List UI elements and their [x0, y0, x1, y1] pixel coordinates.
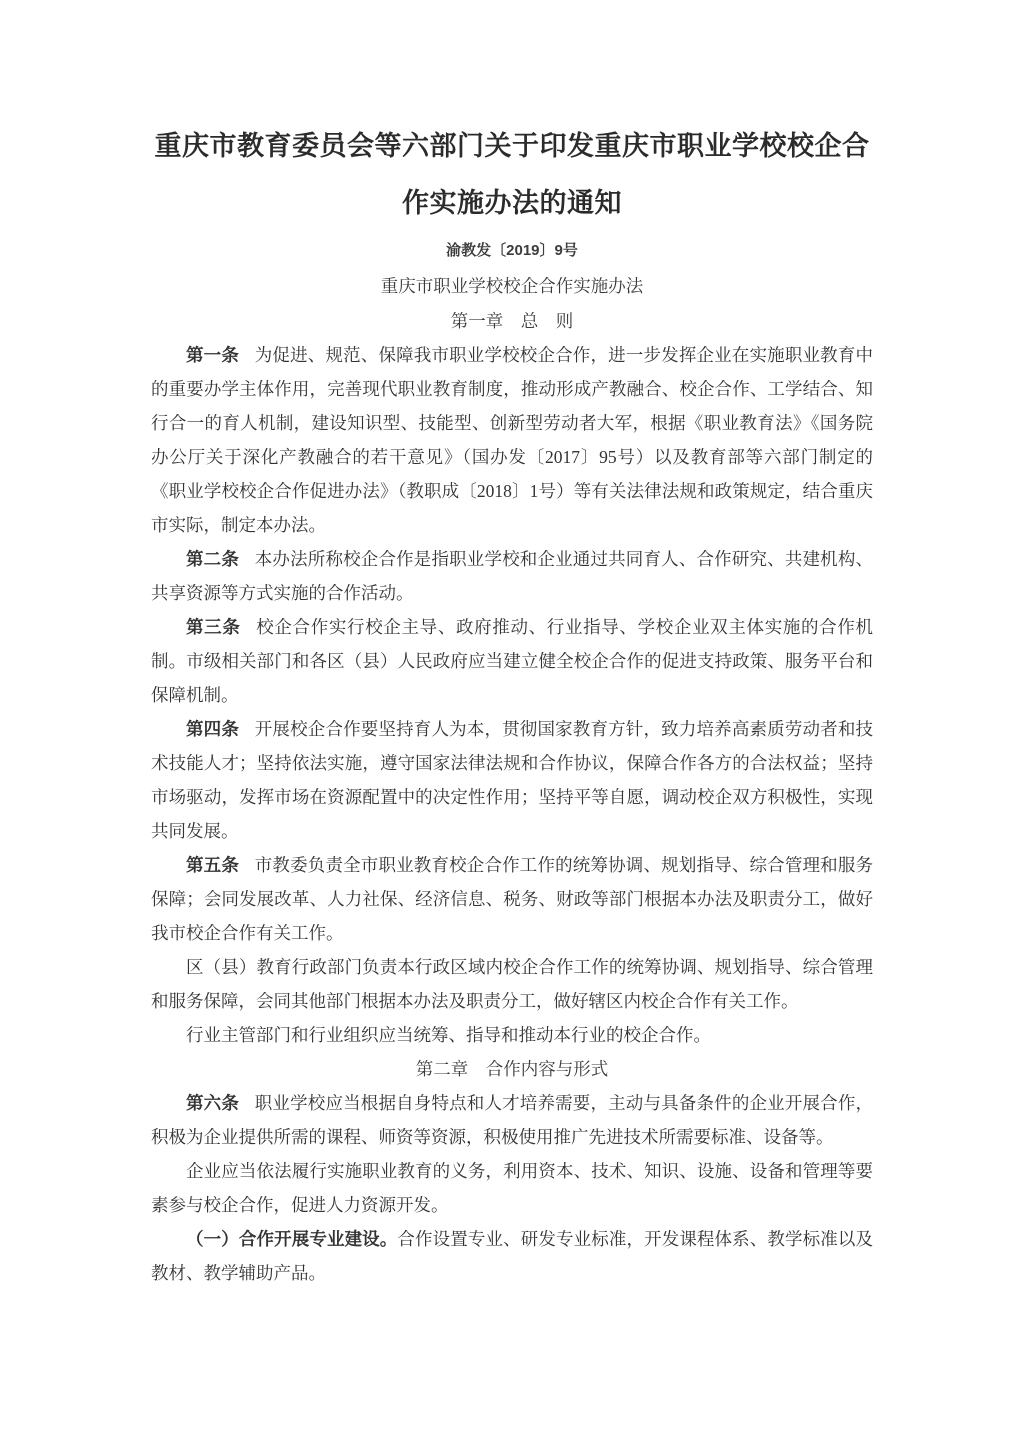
document-page: 重庆市教育委员会等六部门关于印发重庆市职业学校校企合作实施办法的通知 渝教发〔2…	[151, 0, 873, 1290]
article-paragraph-6: 第六条职业学校应当根据自身特点和人才培养需要，主动与具备条件的企业开展合作，积极…	[151, 1086, 873, 1154]
article-number: 第三条	[186, 617, 240, 637]
article-paragraph-5: 第五条市教委负责全市职业教育校企合作工作的统筹协调、规划指导、综合管理和服务保障…	[151, 848, 873, 950]
article-paragraph-4: 第四条开展校企合作要坚持育人为本，贯彻国家教育方针，致力培养高素质劳动者和技术技…	[151, 712, 873, 848]
article-paragraph-3: 第三条校企合作实行校企主导、政府推动、行业指导、学校企业双主体实施的合作机制。市…	[151, 610, 873, 712]
article-text: 开展校企合作要坚持育人为本，贯彻国家教育方针，致力培养高素质劳动者和技术技能人才…	[151, 719, 873, 841]
article-paragraph-2: 第二条本办法所称校企合作是指职业学校和企业通过共同育人、合作研究、共建机构、共享…	[151, 542, 873, 610]
article-text: 市教委负责全市职业教育校企合作工作的统筹协调、规划指导、综合管理和服务保障；会同…	[151, 855, 873, 943]
document-number: 渝教发〔2019〕9号	[151, 240, 873, 262]
chapter-heading-text: 第一章 总 则	[451, 311, 574, 331]
document-body: 第一章 总 则 第一条为促进、规范、保障我市职业学校校企合作，进一步发挥企业在实…	[151, 304, 873, 1290]
document-subtitle: 重庆市职业学校校企合作实施办法	[151, 273, 873, 299]
chapter-heading-2: 第二章 合作内容与形式	[151, 1052, 873, 1086]
document-viewport: { "doc": { "main_title": "重庆市教育委员会等六部门关于…	[0, 0, 1024, 1448]
list-item-label: （一）合作开展专业建设。	[186, 1229, 397, 1249]
paragraph-text: 行业主管部门和行业组织应当统筹、指导和推动本行业的校企合作。	[186, 1025, 711, 1045]
paragraph-text: 企业应当依法履行实施职业教育的义务，利用资本、技术、知识、设施、设备和管理等要素…	[151, 1161, 873, 1215]
chapter-heading-text: 第二章 合作内容与形式	[416, 1059, 609, 1079]
article-text: 为促进、规范、保障我市职业学校校企合作，进一步发挥企业在实施职业教育中的重要办学…	[151, 345, 873, 535]
article-number: 第五条	[186, 855, 239, 875]
article-number: 第二条	[186, 549, 239, 569]
article-paragraph-1: 第一条为促进、规范、保障我市职业学校校企合作，进一步发挥企业在实施职业教育中的重…	[151, 338, 873, 542]
paragraph-text: 区（县）教育行政部门负责本行政区域内校企合作工作的统筹协调、规划指导、综合管理和…	[151, 957, 873, 1011]
chapter-heading-1: 第一章 总 则	[151, 304, 873, 338]
article-text: 职业学校应当根据自身特点和人才培养需要，主动与具备条件的企业开展合作，积极为企业…	[151, 1093, 873, 1147]
plain-paragraph-3: 企业应当依法履行实施职业教育的义务，利用资本、技术、知识、设施、设备和管理等要素…	[151, 1154, 873, 1222]
plain-paragraph-1: 区（县）教育行政部门负责本行政区域内校企合作工作的统筹协调、规划指导、综合管理和…	[151, 950, 873, 1018]
list-item-paragraph-1: （一）合作开展专业建设。合作设置专业、研发专业标准，开发课程体系、教学标准以及教…	[151, 1222, 873, 1290]
article-number: 第六条	[186, 1093, 239, 1113]
article-text: 本办法所称校企合作是指职业学校和企业通过共同育人、合作研究、共建机构、共享资源等…	[151, 549, 873, 603]
article-number: 第一条	[186, 345, 239, 365]
plain-paragraph-2: 行业主管部门和行业组织应当统筹、指导和推动本行业的校企合作。	[151, 1018, 873, 1052]
article-text: 校企合作实行校企主导、政府推动、行业指导、学校企业双主体实施的合作机制。市级相关…	[151, 617, 873, 705]
article-number: 第四条	[186, 719, 239, 739]
document-main-title: 重庆市教育委员会等六部门关于印发重庆市职业学校校企合作实施办法的通知	[151, 118, 873, 232]
